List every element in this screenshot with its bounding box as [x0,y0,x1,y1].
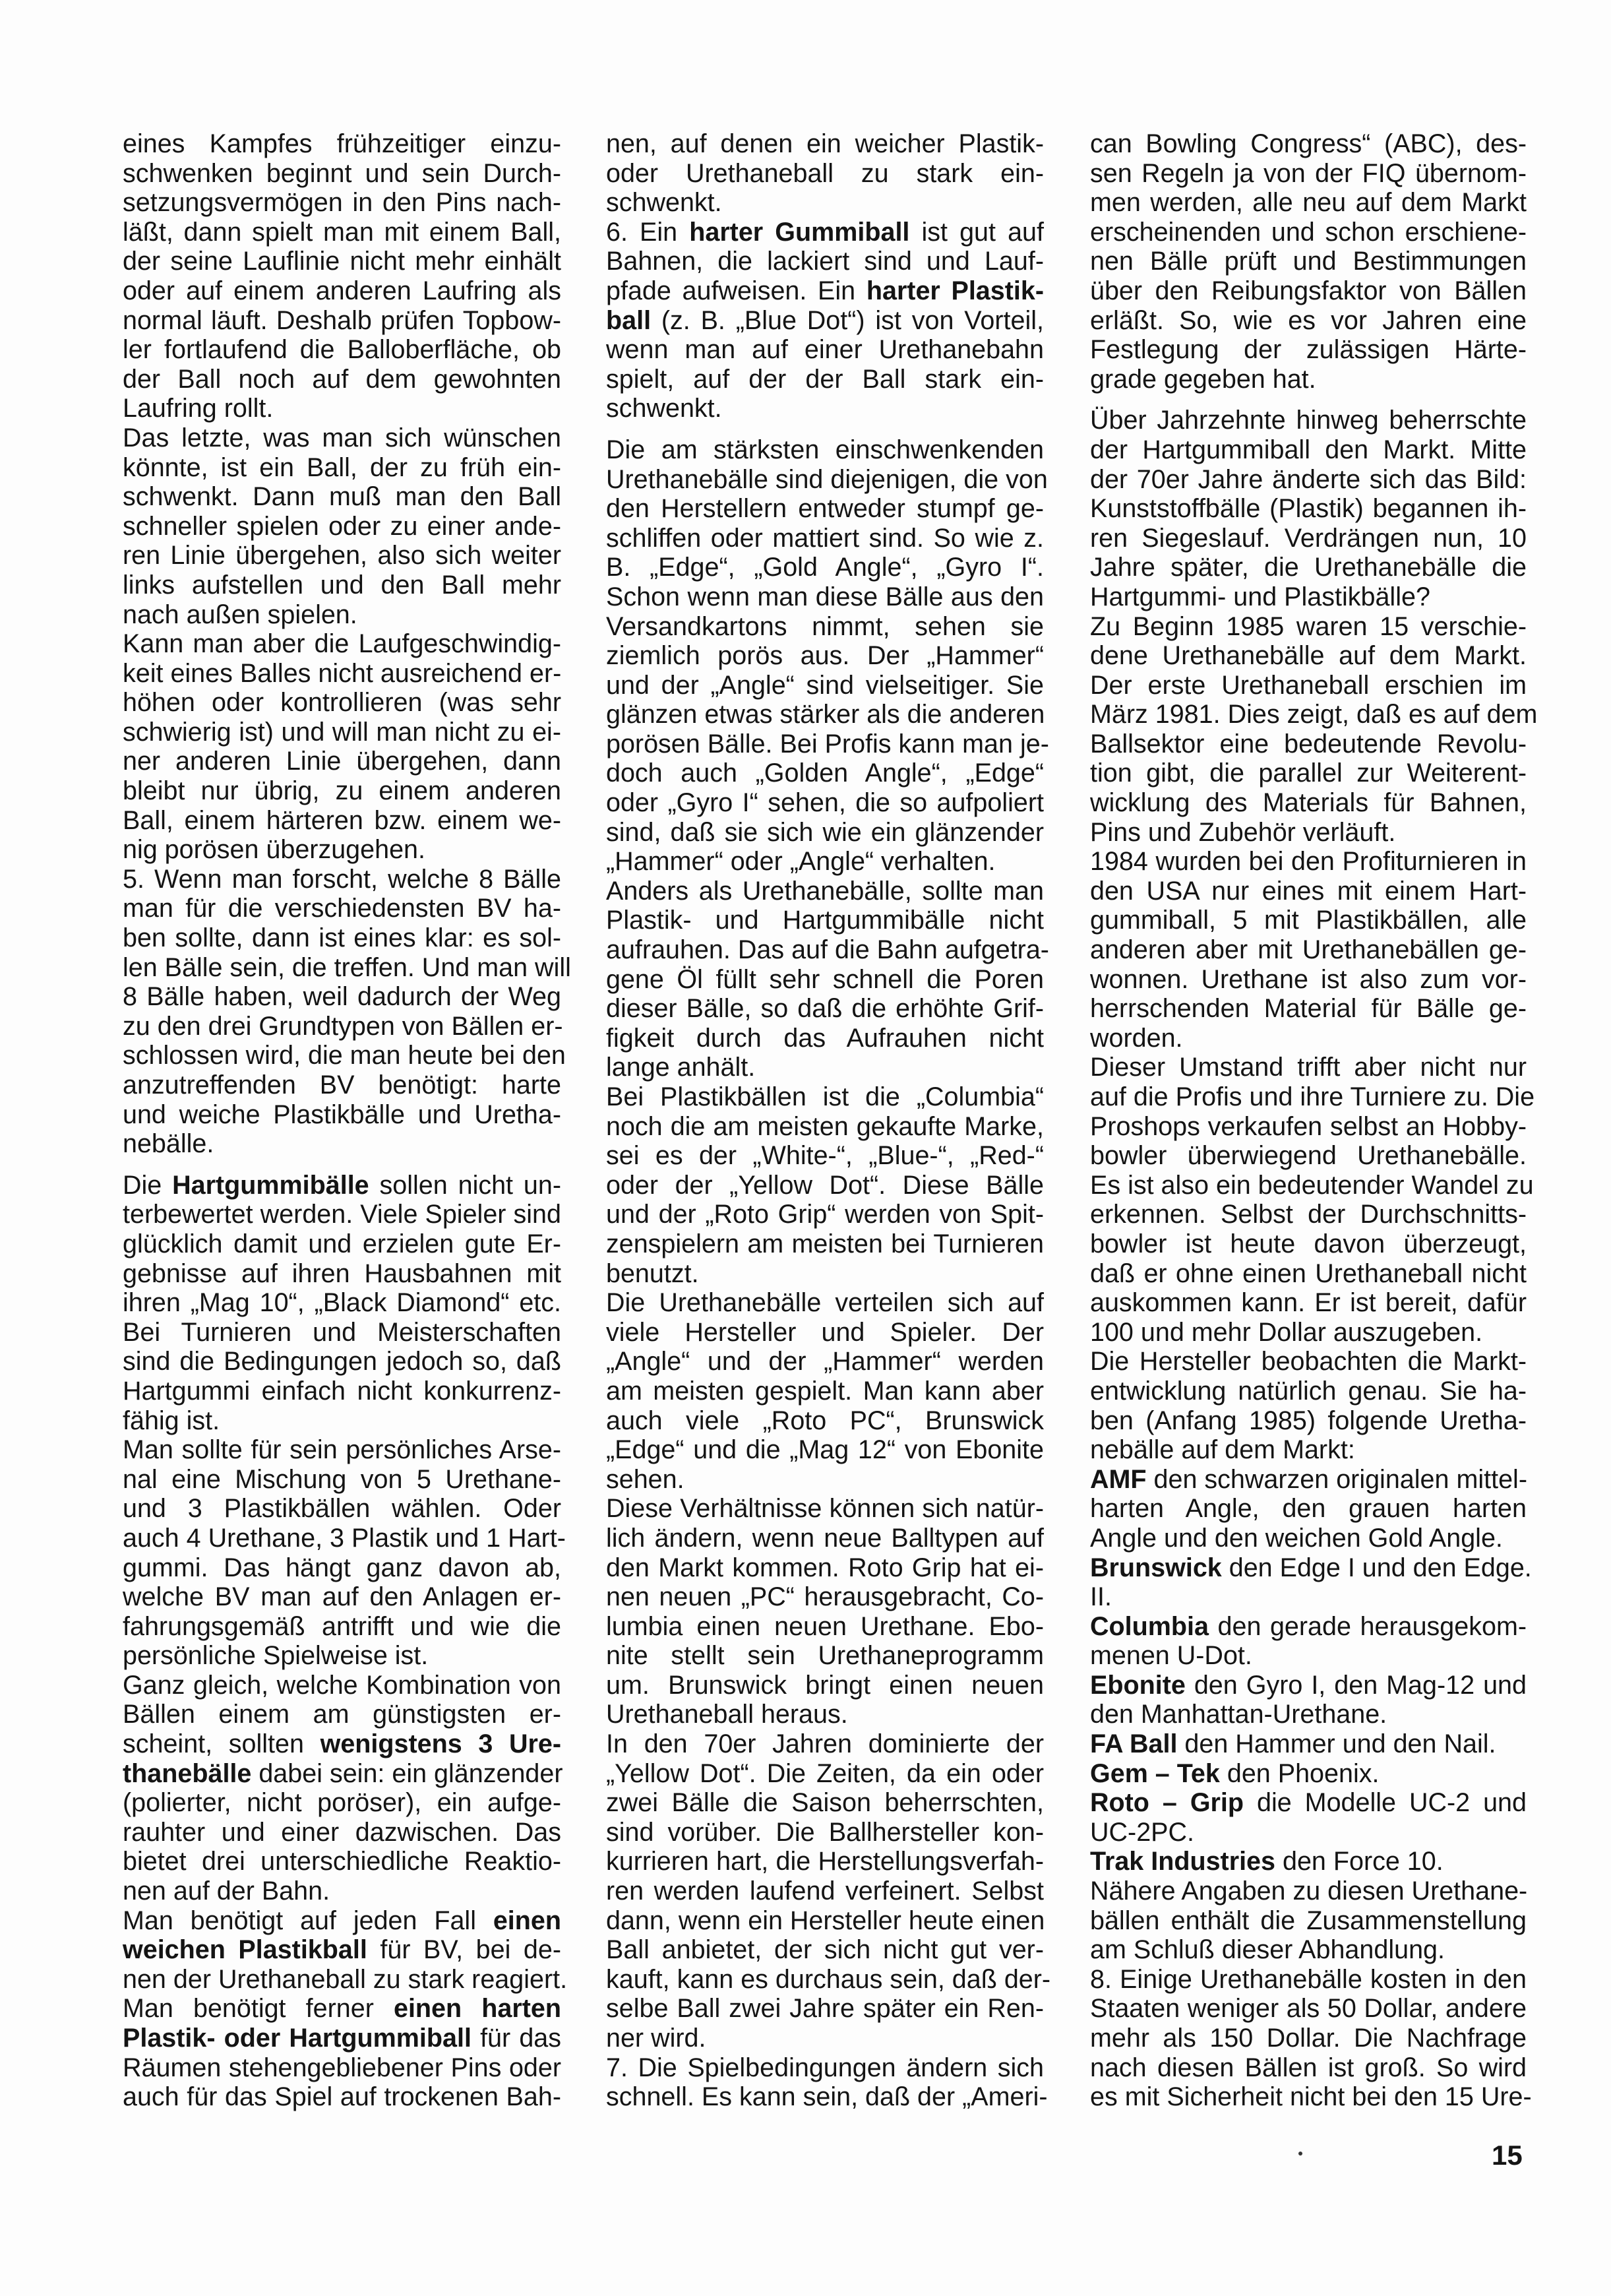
text-run: eines Kampfes frühzeitiger einzu- [123,129,561,158]
text-run: Ganz gleich, welche Kombination von [123,1671,561,1700]
text-run: dieser Bälle, so daß die erhöhte Grif- [606,994,1044,1023]
text-run: Dieser Umstand trifft aber nicht nur [1090,1053,1527,1082]
text-line: gene Öl füllt sehr schnell die Poren [606,965,1044,995]
text-line: und der „Roto Grip“ werden von Spit- [606,1200,1044,1229]
text-column-left: eines Kampfes frühzeitiger einzu-schwenk… [123,129,561,2112]
text-line: tion gibt, die parallel zur Weiterent- [1090,759,1527,788]
text-line: Versandkartons nimmt, sehen sie [606,612,1044,642]
text-run: den Herstellern entweder stumpf ge- [606,494,1044,523]
text-line: Columbia den gerade herausgekom- [1090,1612,1527,1642]
text-run: ihren „Mag 10“, „Black Diamond“ etc. [123,1288,561,1317]
text-line: könnte, ist ein Ball, der zu früh ein- [123,453,561,483]
text-line: Trak Industries den Force 10. [1090,1847,1527,1877]
text-line: nebälle. [123,1129,561,1159]
bold-term: Gem – Tek [1090,1759,1220,1788]
text-run: 1984 wurden bei den Profiturnieren in [1090,847,1527,876]
text-line: kauft, kann es durchaus sein, daß der- [606,1965,1044,1995]
text-run: welche BV man auf den Anlagen er- [123,1582,561,1611]
text-line: Bällen einem am günstigsten er- [123,1700,561,1729]
text-line: nig porösen überzugehen. [123,835,561,865]
text-run: nen Bälle prüft und Bestimmungen [1090,247,1527,276]
text-line: Kunststoffbälle (Plastik) begannen ih- [1090,494,1527,524]
text-line: auch für das Spiel auf trockenen Bah- [123,2082,561,2112]
text-run: Laufring rollt. [123,394,273,423]
bold-term: thanebälle [123,1759,251,1788]
text-line: (polierter, nicht poröser), ein aufge- [123,1788,561,1818]
text-run: ler fortlaufend die Balloberfläche, ob [123,335,561,364]
text-run: es mit Sicherheit nicht bei den 15 Ure- [1090,2082,1532,2111]
text-run: rauhter und einer dazwischen. Das [123,1818,561,1847]
text-run: der Hartgummiball den Markt. Mitte [1090,435,1527,464]
text-run: II. [1090,1582,1112,1611]
text-run: man für die verschiedensten BV ha- [123,894,561,923]
text-line: normal läuft. Deshalb prüfen Topbow- [123,306,561,336]
text-line: Festlegung der zulässigen Härte- [1090,335,1527,365]
paragraph: AMF den schwarzen originalen mittel-hart… [1090,1465,1527,1553]
paragraph: Die Hartgummibälle sollen nicht un-terbe… [123,1171,561,1435]
text-run: Die am stärksten einschwenkenden [606,435,1044,464]
text-run: oder „Gyro I“ sehen, die so aufpoliert [606,788,1044,817]
text-line: Der erste Urethaneball erschien im [1090,671,1527,700]
text-run: sen Regeln ja von der FIQ übernom- [1090,159,1527,188]
bold-term: AMF [1090,1465,1147,1494]
text-line: Urethanebälle sind diejenigen, die von [606,465,1044,495]
text-run: nite stellt sein Urethaneprogramm [606,1641,1044,1670]
text-line: Zu Beginn 1985 waren 15 verschie- [1090,612,1527,642]
text-run: wicklung des Materials für Bahnen, [1090,788,1527,817]
paragraph: Diese Verhältnisse können sich natür-lic… [606,1494,1044,1729]
text-line: In den 70er Jahren dominierte der [606,1729,1044,1759]
text-run: um. Brunswick bringt einen neuen [606,1671,1044,1700]
text-line: wonnen. Urethane ist also zum vor- [1090,965,1527,995]
text-run: über den Reibungsfaktor von Bällen [1090,276,1527,305]
text-run: Kunststoffbälle (Plastik) begannen ih- [1090,494,1527,523]
text-run: bleibt nur übrig, zu einem anderen [123,776,561,805]
text-line: ren Siegeslauf. Verdrängen nun, 10 [1090,524,1527,553]
paragraph: Dieser Umstand trifft aber nicht nurauf … [1090,1053,1527,1347]
paragraph: In den 70er Jahren dominierte der„Yellow… [606,1729,1044,2053]
text-run: Hartgummi- und Plastikbälle? [1090,582,1430,611]
text-line: und 3 Plastikbällen wählen. Oder [123,1494,561,1524]
text-run: noch die am meisten gekaufte Marke, [606,1112,1044,1141]
text-line: thanebälle dabei sein: ein glänzender [123,1759,561,1789]
text-run: lich ändern, wenn neue Balltypen auf [606,1524,1044,1553]
text-run: nig porösen überzugehen. [123,835,425,864]
text-run: den Markt kommen. Roto Grip hat ei- [606,1553,1044,1582]
text-line: Die am stärksten einschwenkenden [606,435,1044,465]
text-line: Bahnen, die lackiert sind und Lauf- [606,247,1044,276]
text-run: nen auf der Bahn. [123,1877,330,1906]
text-line: Plastik- und Hartgummibälle nicht [606,906,1044,935]
text-line: schwenkt. [606,394,1044,423]
text-line: bowler überwiegend Urethanebälle. [1090,1141,1527,1171]
text-run: schwierig ist) und will man nicht zu ei- [123,718,561,747]
text-line: bällen enthält die Zusammenstellung [1090,1906,1527,1936]
text-run: harten Angle, den grauen harten [1090,1494,1527,1523]
text-run: Festlegung der zulässigen Härte- [1090,335,1527,364]
text-run: porösen Bälle. Bei Profis kann man je- [606,729,1049,759]
text-run: den Hammer und den Nail. [1177,1729,1496,1758]
text-line: schlossen wird, die man heute bei den [123,1041,561,1070]
text-line: aufrauhen. Das auf die Bahn aufgetra- [606,935,1044,965]
text-run: nebälle auf dem Markt: [1090,1435,1355,1464]
text-run: erscheinenden und schon erschiene- [1090,218,1527,247]
text-line: II. [1090,1582,1527,1612]
text-line: figkeit durch das Aufrauhen nicht [606,1024,1044,1053]
text-run: Das letzte, was man sich wünschen [123,423,561,452]
text-line: läßt, dann spielt man mit einem Ball, [123,218,561,247]
text-run: „Hammer“ oder „Angle“ verhalten. [606,847,996,876]
text-line: zwei Bälle die Saison beherrschten, [606,1788,1044,1818]
text-line: scheint, sollten wenigstens 3 Ure- [123,1729,561,1759]
text-run: ren Siegeslauf. Verdrängen nun, 10 [1090,524,1527,553]
text-line: nal eine Mischung von 5 Urethane- [123,1465,561,1495]
text-line: fahrungsgemäß antrifft und wie die [123,1612,561,1642]
text-line: spielt, auf der der Ball stark ein- [606,365,1044,394]
text-line: Hartgummi- und Plastikbälle? [1090,582,1527,612]
text-line: nite stellt sein Urethaneprogramm [606,1641,1044,1671]
text-line: UC-2PC. [1090,1818,1527,1847]
text-line: nebälle auf dem Markt: [1090,1435,1527,1465]
bold-term: Columbia [1090,1612,1209,1641]
text-line: Brunswick den Edge I und den Edge. [1090,1553,1527,1583]
text-line: wicklung des Materials für Bahnen, [1090,788,1527,818]
text-line: schliffen oder mattiert sind. So wie z. [606,524,1044,553]
paragraph: Nähere Angaben zu diesen Urethane-bällen… [1090,1877,1527,1965]
paragraph: Ebonite den Gyro I, den Mag-12 undden Ma… [1090,1671,1527,1729]
text-run: sind die Bedingungen jedoch so, daß [123,1347,561,1376]
text-line: höhen oder kontrollieren (was sehr [123,688,561,718]
paragraph: Die Hersteller beobachten die Markt-entw… [1090,1347,1527,1464]
text-run: am meisten gespielt. Man kann aber [606,1377,1044,1406]
text-line: ben sollte, dann ist eines klar: es sol- [123,923,561,953]
text-run: kauft, kann es durchaus sein, daß der- [606,1965,1050,1994]
text-line: der Hartgummiball den Markt. Mitte [1090,435,1527,465]
bold-term: Trak Industries [1090,1847,1275,1876]
bold-term: ball [606,306,651,335]
text-run: terbewertet werden. Viele Spieler sind [123,1200,561,1229]
text-line: März 1981. Dies zeigt, daß es auf dem [1090,700,1527,729]
text-line: men werden, alle neu auf dem Markt [1090,188,1527,218]
text-line: dieser Bälle, so daß die erhöhte Grif- [606,994,1044,1024]
text-run: erkennen. Selbst der Durchschnitts- [1090,1200,1527,1229]
paragraph: Columbia den gerade herausgekom-menen U-… [1090,1612,1527,1671]
text-run: auf die Profis und ihre Turniere zu. Die [1090,1082,1535,1111]
text-run: Bällen einem am günstigsten er- [123,1700,561,1729]
text-run: schwenkt. Dann muß man den Ball [123,482,561,511]
text-run: Ball, einem härteren bzw. einem we- [123,806,561,835]
text-line: Diese Verhältnisse können sich natür- [606,1494,1044,1524]
text-line: Räumen stehengebliebener Pins oder [123,2053,561,2083]
text-run: schnell. Es kann sein, daß der „Ameri- [606,2082,1048,2111]
text-run: dann, wenn ein Hersteller heute einen [606,1906,1045,1935]
text-run: sollen nicht un- [369,1171,561,1200]
text-run: Bei Plastikbällen ist die „Columbia“ [606,1082,1044,1111]
text-line: auf die Profis und ihre Turniere zu. Die [1090,1082,1527,1112]
text-line: fähig ist. [123,1406,561,1436]
text-run: für das [471,2024,561,2053]
text-run: fahrungsgemäß antrifft und wie die [123,1612,561,1641]
text-run: Schon wenn man diese Bälle aus den [606,582,1044,611]
text-line: benutzt. [606,1259,1044,1289]
text-run: persönliche Spielweise ist. [123,1641,428,1670]
text-run: „Edge“ und die „Mag 12“ von Ebonite [606,1435,1044,1464]
paragraph: Bei Plastikbällen ist die „Columbia“noch… [606,1082,1044,1288]
text-line: can Bowling Congress“ (ABC), des- [1090,129,1527,159]
bold-term: Hartgummibälle [172,1171,369,1200]
text-line: sen Regeln ja von der FIQ übernom- [1090,159,1527,189]
text-run: scheint, sollten [123,1729,320,1758]
text-run: Anders als Urethanebälle, sollte man [606,877,1044,906]
text-run: ner anderen Linie übergehen, dann [123,747,561,776]
text-line: oder auf einem anderen Laufring als [123,276,561,306]
text-line: 7. Die Spielbedingungen ändern sich [606,2053,1044,2083]
text-line: schnell. Es kann sein, daß der „Ameri- [606,2082,1044,2112]
text-line: B. „Edge“, „Gold Angle“, „Gyro I“. [606,553,1044,582]
text-run: glücklich damit und erzielen gute Er- [123,1229,561,1258]
text-run: len Bälle sein, die treffen. Und man wil… [123,953,571,982]
text-line: schwierig ist) und will man nicht zu ei- [123,718,561,747]
text-run: Man benötigt ferner [123,1994,394,2023]
text-run: pfade aufweisen. Ein [606,276,866,305]
text-line: auskommen kann. Er ist bereit, dafür [1090,1288,1527,1318]
text-line: FA Ball den Hammer und den Nail. [1090,1729,1527,1759]
bold-term: FA Ball [1090,1729,1177,1758]
text-line: dann, wenn ein Hersteller heute einen [606,1906,1044,1936]
text-line: schneller spielen oder zu einer ande- [123,512,561,542]
text-line: Ballsektor eine bedeutende Revolu- [1090,729,1527,759]
text-line: gummiball, 5 mit Plastikbällen, alle [1090,906,1527,935]
text-line: anzutreffenden BV benötigt: harte [123,1070,561,1100]
text-line: 100 und mehr Dollar auszugeben. [1090,1318,1527,1348]
text-run: 6. Ein [606,218,689,247]
text-line: Die Urethanebälle verteilen sich auf [606,1288,1044,1318]
bold-term: Brunswick [1090,1553,1222,1582]
text-run: nen, auf denen ein weicher Plastik- [606,129,1044,158]
text-line: Bei Turnieren und Meisterschaften [123,1318,561,1348]
bold-term: wenigstens 3 Ure- [320,1729,561,1758]
text-run: gummi. Das hängt ganz davon ab, [123,1553,561,1582]
text-line: wenn man auf einer Urethanebahn [606,335,1044,365]
text-line: oder der „Yellow Dot“. Diese Bälle [606,1171,1044,1200]
text-run: den Phoenix. [1220,1759,1380,1788]
text-line: Gem – Tek den Phoenix. [1090,1759,1527,1789]
text-line: rauhter und einer dazwischen. Das [123,1818,561,1847]
text-run: Angle und den weichen Gold Angle. [1090,1524,1503,1553]
text-line: terbewertet werden. Viele Spieler sind [123,1200,561,1229]
text-run: B. „Edge“, „Gold Angle“, „Gyro I“. [606,553,1044,582]
text-line: eines Kampfes frühzeitiger einzu- [123,129,561,159]
text-line: lich ändern, wenn neue Balltypen auf [606,1524,1044,1553]
text-line: erläßt. So, wie es vor Jahren eine [1090,306,1527,336]
text-run: den USA nur eines mit einem Hart- [1090,877,1527,906]
text-run: Versandkartons nimmt, sehen sie [606,612,1044,641]
text-run: links aufstellen und den Ball mehr [123,571,561,600]
paragraph: can Bowling Congress“ (ABC), des-sen Reg… [1090,129,1527,394]
text-run: selbe Ball zwei Jahre später ein Ren- [606,1994,1044,2023]
text-run: keit eines Balles nicht ausreichend er- [123,659,561,688]
text-run: spielt, auf der der Ball stark ein- [606,365,1044,394]
text-line: Anders als Urethanebälle, sollte man [606,877,1044,906]
text-run: und weiche Plastikbälle und Uretha- [123,1100,561,1129]
text-run: (z. B. „Blue Dot“) ist von Vorteil, [651,306,1044,335]
text-run: zwei Bälle die Saison beherrschten, [606,1788,1044,1817]
text-line: nen der Urethaneball zu stark reagiert. [123,1965,561,1995]
text-line: 1984 wurden bei den Profiturnieren in [1090,847,1527,877]
text-run: auskommen kann. Er ist bereit, dafür [1090,1288,1527,1317]
text-line: um. Brunswick bringt einen neuen [606,1671,1044,1700]
text-run: Urethaneball heraus. [606,1700,848,1729]
text-line: Urethaneball heraus. [606,1700,1044,1729]
text-run: In den 70er Jahren dominierte der [606,1729,1044,1758]
paragraph: nen, auf denen ein weicher Plastik-oder … [606,129,1044,218]
paragraph: Kann man aber die Laufgeschwindig-keit e… [123,629,561,865]
paragraph: Über Jahrzehnte hinweg beherrschteder Ha… [1090,406,1527,611]
text-line: ner wird. [606,2024,1044,2053]
text-run: Urethanebälle sind diejenigen, die von [606,465,1048,494]
text-line: doch auch „Golden Angle“, „Edge“ [606,759,1044,788]
text-run: läßt, dann spielt man mit einem Ball, [123,218,561,247]
text-line: gebnisse auf ihren Hausbahnen mit [123,1259,561,1289]
text-run: erläßt. So, wie es vor Jahren eine [1090,306,1527,335]
text-run: Hartgummi einfach nicht konkurrenz- [123,1377,561,1406]
text-run: lumbia einen neuen Urethane. Ebo- [606,1612,1044,1641]
text-run: nen neuen „PC“ herausgebracht, Co- [606,1582,1044,1611]
text-run: ben sollte, dann ist eines klar: es sol- [123,923,561,952]
text-run: Bei Turnieren und Meisterschaften [123,1318,561,1347]
text-line: nen, auf denen ein weicher Plastik- [606,129,1044,159]
text-run: ren Linie übergehen, also sich weiter [123,541,561,570]
text-line: oder „Gyro I“ sehen, die so aufpoliert [606,788,1044,818]
text-line: Man sollte für sein persönliches Arse- [123,1435,561,1465]
text-run: Nähere Angaben zu diesen Urethane- [1090,1877,1527,1906]
text-line: persönliche Spielweise ist. [123,1641,561,1671]
text-run: herrschenden Material für Bälle ge- [1090,994,1527,1023]
text-line: Hartgummi einfach nicht konkurrenz- [123,1377,561,1406]
text-run: ner wird. [606,2024,706,2053]
text-line: Ebonite den Gyro I, den Mag-12 und [1090,1671,1527,1700]
text-run: lange anhält. [606,1053,755,1082]
paragraph: 6. Ein harter Gummiball ist gut aufBahne… [606,218,1044,423]
text-line: zenspielern am meisten bei Turnieren [606,1229,1044,1259]
text-run: schlossen wird, die man heute bei den [123,1041,566,1070]
text-line: den Manhattan-Urethane. [1090,1700,1527,1729]
text-line: Pins und Zubehör verläuft. [1090,818,1527,848]
text-run: bietet drei unterschiedliche Reaktio- [123,1847,561,1876]
text-run: wenn man auf einer Urethanebahn [606,335,1044,364]
text-run: sehen. [606,1465,684,1494]
text-line: welche BV man auf den Anlagen er- [123,1582,561,1612]
text-run: Der erste Urethaneball erschien im [1090,671,1527,700]
text-line: ziemlich porös aus. Der „Hammer“ [606,641,1044,671]
paragraph: Das letzte, was man sich wünschenkönnte,… [123,423,561,629]
text-line: ren werden laufend verfeinert. Selbst [606,1877,1044,1906]
text-line: erscheinenden und schon erschiene- [1090,218,1527,247]
text-run: für BV, bei de- [367,1935,561,1964]
paragraph: Roto – Grip die Modelle UC-2 undUC-2PC. [1090,1788,1527,1847]
text-run: Ball anbietet, der sich nicht gut ver- [606,1935,1044,1964]
text-line: menen U-Dot. [1090,1641,1527,1671]
text-run: schwenkt. [606,394,722,423]
text-line: nen neuen „PC“ herausgebracht, Co- [606,1582,1044,1612]
text-run: dabei sein: ein glänzender [251,1759,562,1788]
paragraph: Die Urethanebälle verteilen sich aufviel… [606,1288,1044,1494]
text-run: schwenken beginnt und sein Durch- [123,159,561,188]
text-line: erkennen. Selbst der Durchschnitts- [1090,1200,1527,1229]
text-run: auch 4 Urethane, 3 Plastik und 1 Hart- [123,1524,566,1553]
text-line: dene Urethanebälle auf dem Markt. [1090,641,1527,671]
text-line: auch viele „Roto PC“, Brunswick [606,1406,1044,1436]
text-run: Die Hersteller beobachten die Markt- [1090,1347,1527,1376]
text-run: Diese Verhältnisse können sich natür- [606,1494,1044,1523]
text-line: noch die am meisten gekaufte Marke, [606,1112,1044,1142]
text-run: „Yellow Dot“. Die Zeiten, da ein oder [606,1759,1044,1788]
text-line: viele Hersteller und Spieler. Der [606,1318,1044,1348]
text-run: Zu Beginn 1985 waren 15 verschie- [1090,612,1527,641]
text-run: und der „Roto Grip“ werden von Spit- [606,1200,1044,1229]
text-run: bowler überwiegend Urethanebälle. [1090,1141,1527,1170]
text-line: daß er ohne einen Urethaneball nicht [1090,1259,1527,1289]
text-run: den schwarzen originalen mittel- [1147,1465,1527,1494]
text-run: Staaten weniger als 50 Dollar, andere [1090,1994,1527,2023]
text-run: der seine Lauflinie nicht mehr einhält [123,247,561,276]
text-run: ist gut auf [909,218,1044,247]
text-line: weichen Plastikball für BV, bei de- [123,1935,561,1965]
text-run: wonnen. Urethane ist also zum vor- [1090,965,1527,994]
text-run: tion gibt, die parallel zur Weiterent- [1090,759,1527,788]
text-run: UC-2PC. [1090,1818,1194,1847]
text-line: setzungsvermögen in den Pins nach- [123,188,561,218]
text-line: nach diesen Bällen ist groß. So wird [1090,2053,1527,2083]
text-column-middle: nen, auf denen ein weicher Plastik-oder … [606,129,1044,2112]
text-run: gene Öl füllt sehr schnell die Poren [606,965,1044,994]
text-run: 8. Einige Urethanebälle kosten in den [1090,1965,1527,1994]
text-line: und der „Angle“ sind vielseitiger. Sie [606,671,1044,700]
text-run: schliffen oder mattiert sind. So wie z. [606,524,1044,553]
paragraph: Gem – Tek den Phoenix. [1090,1759,1527,1789]
text-line: der seine Lauflinie nicht mehr einhält [123,247,561,276]
text-line: nen Bälle prüft und Bestimmungen [1090,247,1527,276]
scan-speck [1298,2152,1302,2156]
text-run: 7. Die Spielbedingungen ändern sich [606,2053,1044,2082]
text-run: sind, daß sie sich wie ein glänzender [606,818,1044,847]
text-line: „Edge“ und die „Mag 12“ von Ebonite [606,1435,1044,1465]
text-line: „Hammer“ oder „Angle“ verhalten. [606,847,1044,877]
text-run: schneller spielen oder zu einer ande- [123,512,561,541]
text-run: 8 Bälle haben, weil dadurch der Weg [123,982,561,1011]
text-run: Man benötigt auf jeden Fall [123,1906,493,1935]
text-line: ren Linie übergehen, also sich weiter [123,541,561,571]
paragraph: 1984 wurden bei den Profiturnieren inden… [1090,847,1527,1053]
text-line: Man benötigt ferner einen harten [123,1994,561,2024]
paragraph: Zu Beginn 1985 waren 15 verschie-dene Ur… [1090,612,1527,848]
text-run: setzungsvermögen in den Pins nach- [123,188,561,217]
text-line: schwenken beginnt und sein Durch- [123,159,561,189]
text-run: Pins und Zubehör verläuft. [1090,818,1395,847]
text-line: glänzen etwas stärker als die anderen [606,700,1044,729]
text-run: 100 und mehr Dollar auszugeben. [1090,1318,1482,1347]
text-run: 5. Wenn man forscht, welche 8 Bälle [123,865,561,894]
text-line: anderen aber mit Urethanebällen ge- [1090,935,1527,965]
text-run: die Modelle UC-2 und [1244,1788,1527,1817]
text-line: 8 Bälle haben, weil dadurch der Weg [123,982,561,1012]
text-run: den Force 10. [1275,1847,1444,1876]
text-line: Das letzte, was man sich wünschen [123,423,561,453]
text-run: (polierter, nicht poröser), ein aufge- [123,1788,561,1817]
text-run: aufrauhen. Das auf die Bahn aufgetra- [606,935,1049,964]
text-line: worden. [1090,1024,1527,1053]
text-line: Ball anbietet, der sich nicht gut ver- [606,1935,1044,1965]
